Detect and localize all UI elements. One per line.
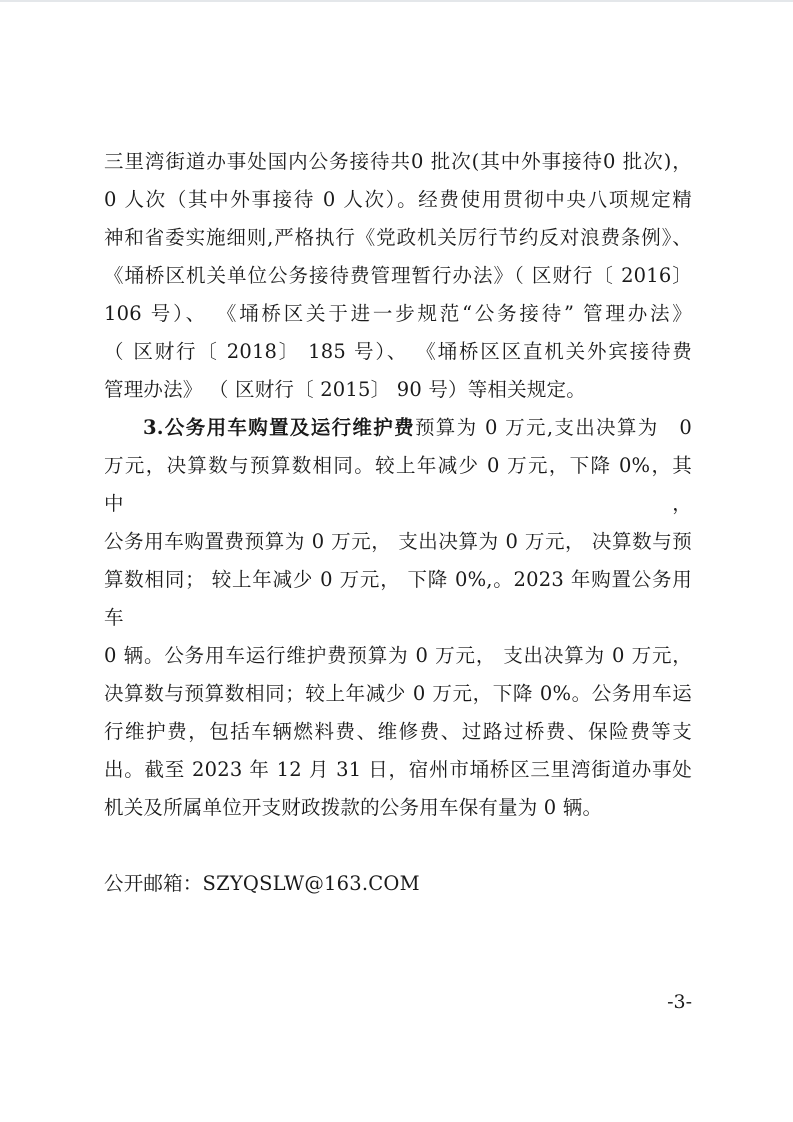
email-label: 公开邮箱： xyxy=(104,872,203,895)
text-run: 106 号）、 《埇桥区关于进一步规范“公务接待” 管理办法》 xyxy=(104,302,692,325)
text-run: 行维护费，包括车辆燃料费、维修费、过路过桥费、保险费等支 xyxy=(104,720,692,743)
text-line: 万元，决算数与预算数相同。较上年减少 0 万元，下降 0%，其中， xyxy=(104,447,692,523)
paragraphs-container: 三里湾街道办事处国内公务接待共0 批次(其中外事接待0 批次)，0 人次（其中外… xyxy=(104,143,692,827)
text-line: 《埇桥区机关单位公务接待费管理暂行办法》（ 区财行〔 2016〕 xyxy=(104,257,692,295)
text-line: 0 人次（其中外事接待 0 人次）。经费使用贯彻中央八项规定精 xyxy=(104,181,692,219)
text-run: 预算为 0 万元,支出决算为 0 xyxy=(415,416,692,439)
text-run: 神和省委实施细则,严格执行《党政机关厉行节约反对浪费条例》、 xyxy=(104,226,692,249)
text-line: 机关及所属单位开支财政拨款的公务用车保有量为 0 辆。 xyxy=(104,789,692,827)
text-line: 三里湾街道办事处国内公务接待共0 批次(其中外事接待0 批次)， xyxy=(104,143,692,181)
text-line: 行维护费，包括车辆燃料费、维修费、过路过桥费、保险费等支 xyxy=(104,713,692,751)
text-run: 决算数与预算数相同；较上年减少 0 万元，下降 0%。公务用车运 xyxy=(104,682,692,705)
text-run: 管理办法》 （ 区财行〔 2015〕 90 号）等相关规定。 xyxy=(104,378,586,401)
contact-email-line: 公开邮箱：SZYQSLW@163.COM xyxy=(104,865,692,903)
document-body: 三里湾街道办事处国内公务接待共0 批次(其中外事接待0 批次)，0 人次（其中外… xyxy=(104,143,692,903)
page-number: -3- xyxy=(667,991,692,1013)
text-run: 0 辆。公务用车运行维护费预算为 0 万元， 支出决算为 0 万元， xyxy=(104,644,692,667)
text-run: 三里湾街道办事处国内公务接待共0 批次(其中外事接待0 批次)， xyxy=(104,150,692,173)
official-reception-expense-paragraph: 三里湾街道办事处国内公务接待共0 批次(其中外事接待0 批次)，0 人次（其中外… xyxy=(104,143,692,409)
text-line: 算数相同； 较上年减少 0 万元， 下降 0%,。2023 年购置公务用车 xyxy=(104,561,692,637)
text-line: 决算数与预算数相同；较上年减少 0 万元，下降 0%。公务用车运 xyxy=(104,675,692,713)
text-run: 机关及所属单位开支财政拨款的公务用车保有量为 0 辆。 xyxy=(104,796,602,819)
text-line: 出。截至 2023 年 12 月 31 日，宿州市埇桥区三里湾街道办事处 xyxy=(104,751,692,789)
text-line: 神和省委实施细则,严格执行《党政机关厉行节约反对浪费条例》、 xyxy=(104,219,692,257)
text-line: 3.公务用车购置及运行维护费预算为 0 万元,支出决算为 0 xyxy=(104,409,692,447)
text-line: 106 号）、 《埇桥区关于进一步规范“公务接待” 管理办法》 xyxy=(104,295,692,333)
text-run: （ 区财行〔 2018〕 185 号）、 《埇桥区区直机关外宾接待费 xyxy=(104,340,692,363)
text-line: 公务用车购置费预算为 0 万元， 支出决算为 0 万元， 决算数与预 xyxy=(104,523,692,561)
text-line: （ 区财行〔 2018〕 185 号）、 《埇桥区区直机关外宾接待费 xyxy=(104,333,692,371)
text-run: 算数相同； 较上年减少 0 万元， 下降 0%,。2023 年购置公务用车 xyxy=(104,568,692,629)
text-run: 0 人次（其中外事接待 0 人次）。经费使用贯彻中央八项规定精 xyxy=(104,188,692,211)
email-address: SZYQSLW@163.COM xyxy=(203,872,420,895)
text-run: 出。截至 2023 年 12 月 31 日，宿州市埇桥区三里湾街道办事处 xyxy=(104,758,692,781)
text-run: 《埇桥区机关单位公务接待费管理暂行办法》（ 区财行〔 2016〕 xyxy=(104,264,692,287)
text-run: 公务用车购置费预算为 0 万元， 支出决算为 0 万元， 决算数与预 xyxy=(104,530,692,553)
text-run: 万元，决算数与预算数相同。较上年减少 0 万元，下降 0%，其中， xyxy=(104,454,692,515)
text-line: 管理办法》 （ 区财行〔 2015〕 90 号）等相关规定。 xyxy=(104,371,692,409)
bold-run: 3.公务用车购置及运行维护费 xyxy=(143,416,415,439)
text-line: 0 辆。公务用车运行维护费预算为 0 万元， 支出决算为 0 万元， xyxy=(104,637,692,675)
document-page: 三里湾街道办事处国内公务接待共0 批次(其中外事接待0 批次)，0 人次（其中外… xyxy=(0,0,793,1122)
page-footer: -3- xyxy=(667,990,692,1014)
official-vehicle-expense-paragraph: 3.公务用车购置及运行维护费预算为 0 万元,支出决算为 0万元，决算数与预算数… xyxy=(104,409,692,827)
